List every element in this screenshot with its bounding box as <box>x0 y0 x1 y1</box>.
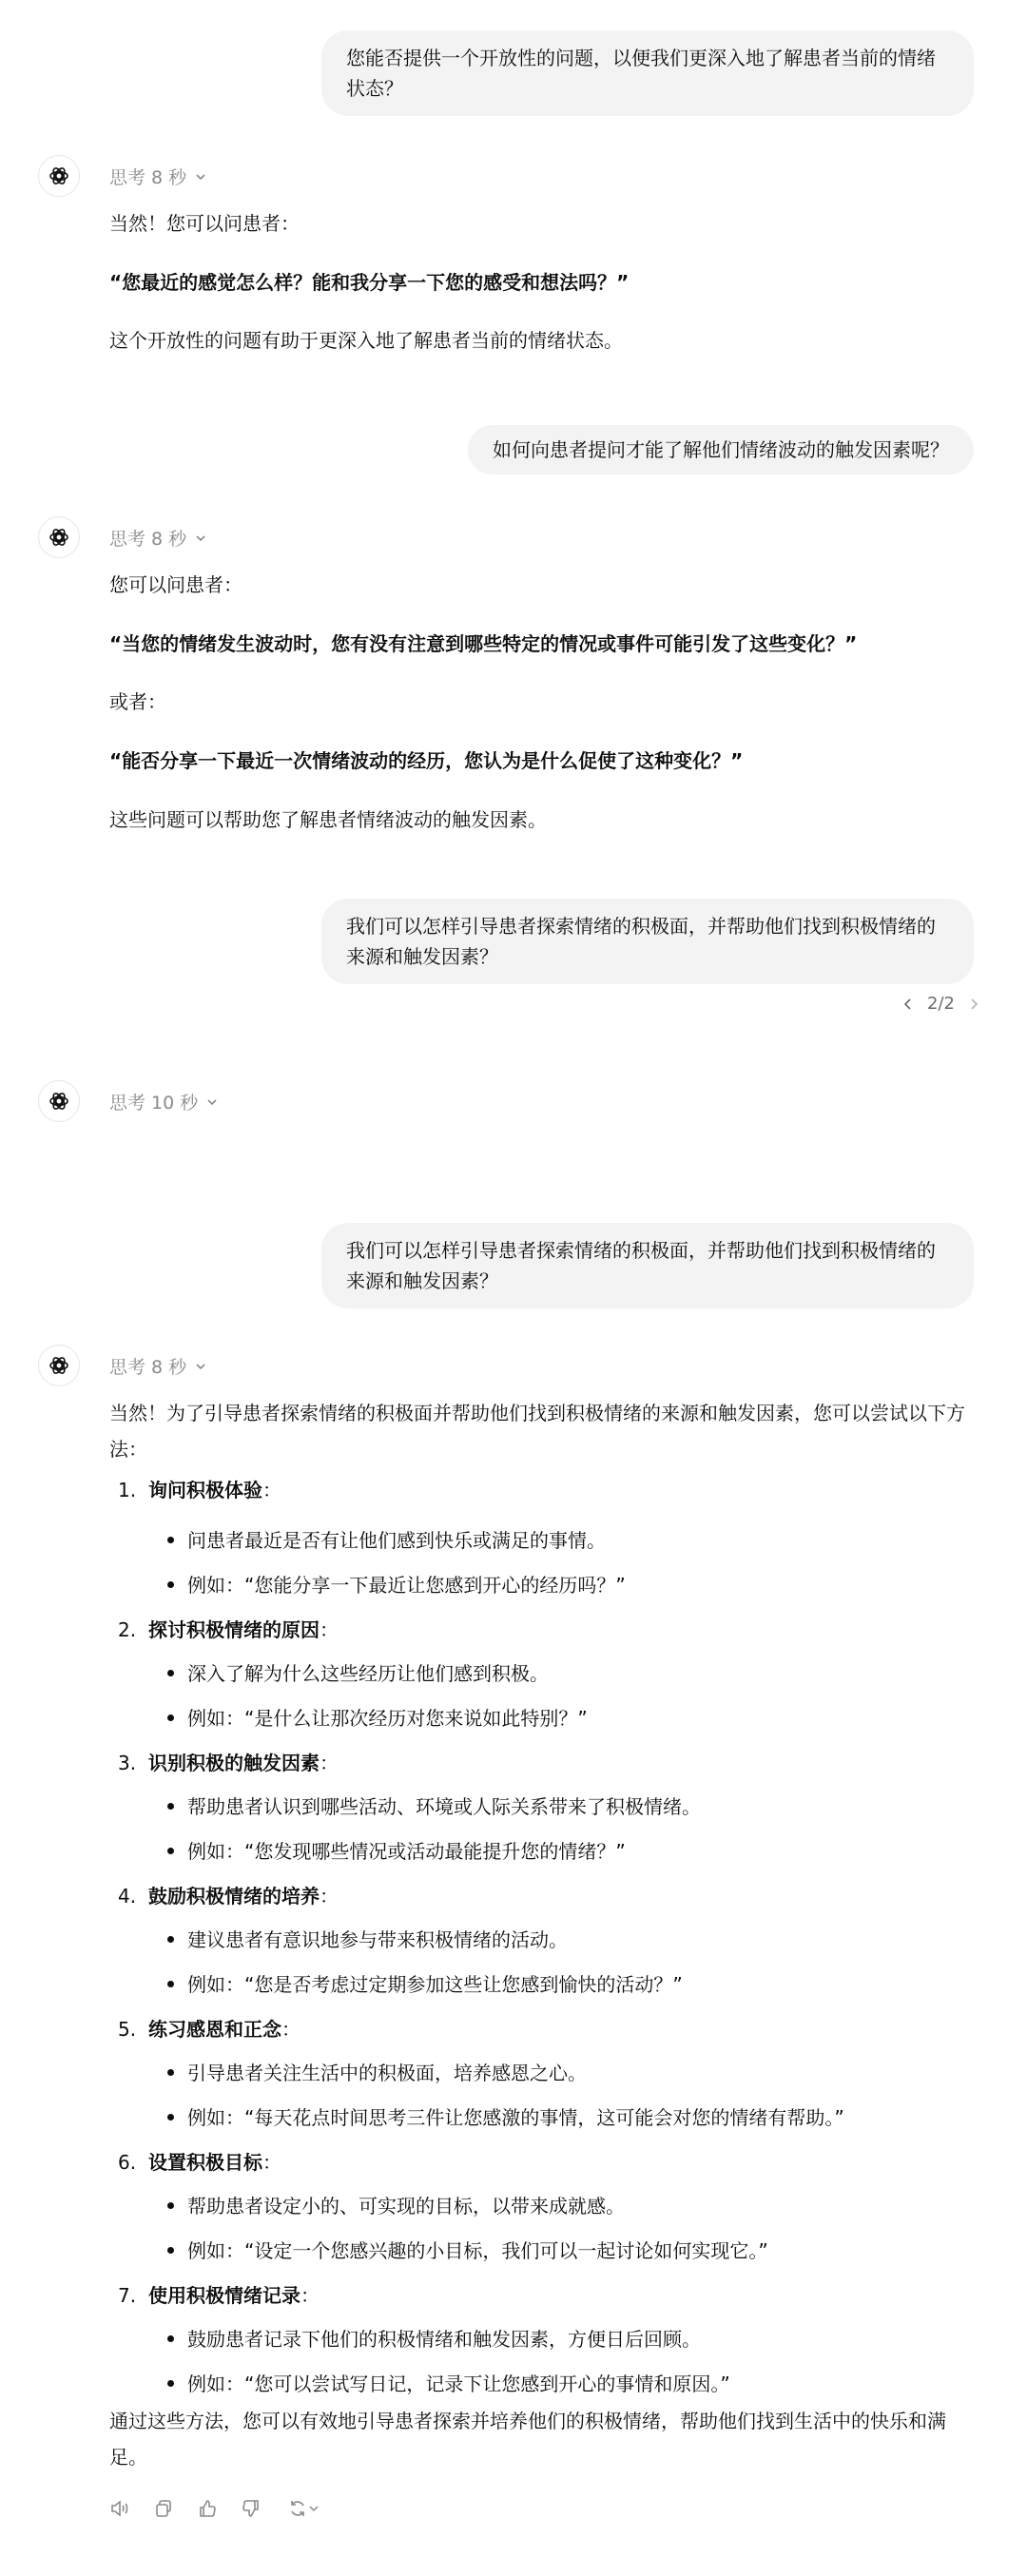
chevron-down-icon <box>194 1360 207 1373</box>
list-bullet: 例如：“您是否考虑过定期参加这些让您感到愉快的活动？” <box>187 1970 683 1999</box>
pager-count: 2/2 <box>927 994 955 1014</box>
list-bullet: 例如：“您能分享一下最近让您感到开心的经历吗？” <box>187 1571 626 1599</box>
list-bullet: 例如：“是什么让那次经历对您来说如此特别？” <box>187 1704 588 1733</box>
thumbs-up-icon <box>197 2498 218 2519</box>
message-actions <box>109 2498 322 2519</box>
list-title: 设置积极目标： <box>148 2148 281 2177</box>
bullet-icon <box>167 2069 174 2076</box>
bullet-icon <box>167 1581 174 1588</box>
list-bullet: 建议患者有意识地参与带来积极情绪的活动。 <box>187 1926 568 1954</box>
user-message: 如何向患者提问才能了解他们情绪波动的触发因素呢？ <box>468 425 974 475</box>
list-bullet: 引导患者关注生活中的积极面，培养感恩之心。 <box>187 2059 587 2087</box>
list-number: 7. <box>118 2281 136 2310</box>
thinking-toggle[interactable]: 思考 10 秒 <box>109 1087 219 1115</box>
bullet-icon <box>167 1537 174 1543</box>
user-message: 我们可以怎样引导患者探索情绪的积极面，并帮助他们找到积极情绪的来源和触发因素？ <box>321 1223 974 1308</box>
chevron-down-icon <box>194 532 207 545</box>
list-title: 鼓励积极情绪的培养： <box>148 1882 339 1910</box>
chevron-down-icon <box>194 170 207 184</box>
thinking-label: 思考 8 秒 <box>109 1353 186 1379</box>
list-title: 探讨积极情绪的原因： <box>148 1616 339 1644</box>
list-bullet: 鼓励患者记录下他们的积极情绪和触发因素，方便日后回顾。 <box>187 2325 701 2353</box>
assistant-text: 当然！您可以问患者： <box>109 206 979 241</box>
bullet-icon <box>167 1670 174 1676</box>
list-bullet: 深入了解为什么这些经历让他们感到积极。 <box>187 1659 549 1688</box>
assistant-quote: “您最近的感觉怎么样？能和我分享一下您的感受和想法吗？” <box>109 265 979 300</box>
list-number: 3. <box>118 1749 136 1777</box>
response-pager: 2/2 <box>902 994 979 1014</box>
bullet-icon <box>167 2247 174 2254</box>
good-response-button[interactable] <box>197 2498 218 2519</box>
openai-logo-icon <box>48 1090 70 1113</box>
thinking-label: 思考 8 秒 <box>109 525 186 551</box>
user-message-text: 您能否提供一个开放性的问题，以便我们更深入地了解患者当前的情绪状态？ <box>346 47 936 100</box>
assistant-quote: “能否分享一下最近一次情绪波动的经历，您认为是什么促使了这种变化？” <box>109 744 979 778</box>
thinking-toggle[interactable]: 思考 8 秒 <box>109 162 207 190</box>
bullet-icon <box>167 2114 174 2121</box>
chevron-left-icon <box>902 997 914 1012</box>
assistant-avatar <box>38 155 80 197</box>
assistant-text: 这个开放性的问题有助于更深入地了解患者当前的情绪状态。 <box>109 323 979 358</box>
read-aloud-button[interactable] <box>109 2498 130 2519</box>
thumbs-down-icon <box>241 2498 262 2519</box>
chevron-right-icon <box>968 997 979 1012</box>
copy-icon <box>153 2498 174 2519</box>
copy-button[interactable] <box>153 2498 174 2519</box>
thinking-label: 思考 8 秒 <box>109 164 186 189</box>
bullet-icon <box>167 1848 174 1854</box>
list-bullet: 例如：“设定一个您感兴趣的小目标，我们可以一起讨论如何实现它。” <box>187 2237 768 2265</box>
openai-logo-icon <box>48 165 70 187</box>
thinking-toggle[interactable]: 思考 8 秒 <box>109 523 207 552</box>
assistant-avatar <box>38 1345 80 1386</box>
user-message-text: 我们可以怎样引导患者探索情绪的积极面，并帮助他们找到积极情绪的来源和触发因素？ <box>346 1239 936 1292</box>
list-number: 1. <box>118 1476 136 1504</box>
list-bullet: 问患者最近是否有让他们感到快乐或满足的事情。 <box>187 1526 606 1555</box>
regenerate-button[interactable] <box>284 2498 322 2519</box>
openai-logo-icon <box>48 1354 70 1377</box>
bad-response-button[interactable] <box>241 2498 262 2519</box>
thinking-toggle[interactable]: 思考 8 秒 <box>109 1351 207 1380</box>
assistant-avatar <box>38 1080 80 1122</box>
openai-logo-icon <box>48 526 70 549</box>
assistant-text: 当然！为了引导患者探索情绪的积极面并帮助他们找到积极情绪的来源和触发因素，您可以… <box>109 1395 979 1467</box>
read-aloud-icon <box>109 2498 130 2519</box>
list-bullet: 例如：“每天花点时间思考三件让您感激的事情，这可能会对您的情绪有帮助。” <box>187 2103 844 2132</box>
bullet-icon <box>167 2380 174 2387</box>
list-bullet: 帮助患者认识到哪些活动、环境或人际关系带来了积极情绪。 <box>187 1792 701 1821</box>
assistant-avatar <box>38 516 80 558</box>
bullet-icon <box>167 2202 174 2209</box>
assistant-text: 您可以问患者： <box>109 568 979 602</box>
user-message: 您能否提供一个开放性的问题，以便我们更深入地了解患者当前的情绪状态？ <box>321 30 974 116</box>
list-title: 询问积极体验： <box>148 1476 281 1504</box>
list-bullet: 例如：“您发现哪些情况或活动最能提升您的情绪？” <box>187 1837 626 1866</box>
list-title: 使用积极情绪记录： <box>148 2281 320 2310</box>
list-number: 5. <box>118 2015 136 2043</box>
user-message: 我们可以怎样引导患者探索情绪的积极面，并帮助他们找到积极情绪的来源和触发因素？ <box>321 899 974 984</box>
assistant-text: 或者： <box>109 685 979 719</box>
next-response-button[interactable] <box>968 997 979 1012</box>
user-message-text: 我们可以怎样引导患者探索情绪的积极面，并帮助他们找到积极情绪的来源和触发因素？ <box>346 915 936 968</box>
list-number: 4. <box>118 1882 136 1910</box>
list-bullet: 例如：“您可以尝试写日记，记录下让您感到开心的事情和原因。” <box>187 2370 730 2398</box>
thinking-label: 思考 10 秒 <box>109 1089 198 1114</box>
bullet-icon <box>167 1803 174 1810</box>
bullet-icon <box>167 1981 174 1987</box>
chevron-down-icon <box>205 1095 219 1109</box>
assistant-text: 通过这些方法，您可以有效地引导患者探索并培养他们的积极情绪，帮助他们找到生活中的… <box>109 2403 979 2475</box>
regenerate-icon <box>287 2498 308 2519</box>
list-number: 2. <box>118 1616 136 1644</box>
bullet-icon <box>167 1714 174 1721</box>
assistant-quote: “当您的情绪发生波动时，您有没有注意到哪些特定的情况或事件可能引发了这些变化？” <box>109 627 979 661</box>
assistant-text: 这些问题可以帮助您了解患者情绪波动的触发因素。 <box>109 803 979 837</box>
list-bullet: 帮助患者设定小的、可实现的目标，以带来成就感。 <box>187 2192 625 2220</box>
list-number: 6. <box>118 2148 136 2177</box>
bullet-icon <box>167 1936 174 1943</box>
previous-response-button[interactable] <box>902 997 914 1012</box>
list-title: 识别积极的触发因素： <box>148 1749 339 1777</box>
chevron-down-icon <box>308 2503 320 2514</box>
list-title: 练习感恩和正念： <box>148 2015 300 2043</box>
user-message-text: 如何向患者提问才能了解他们情绪波动的触发因素呢？ <box>493 438 949 461</box>
bullet-icon <box>167 2335 174 2342</box>
